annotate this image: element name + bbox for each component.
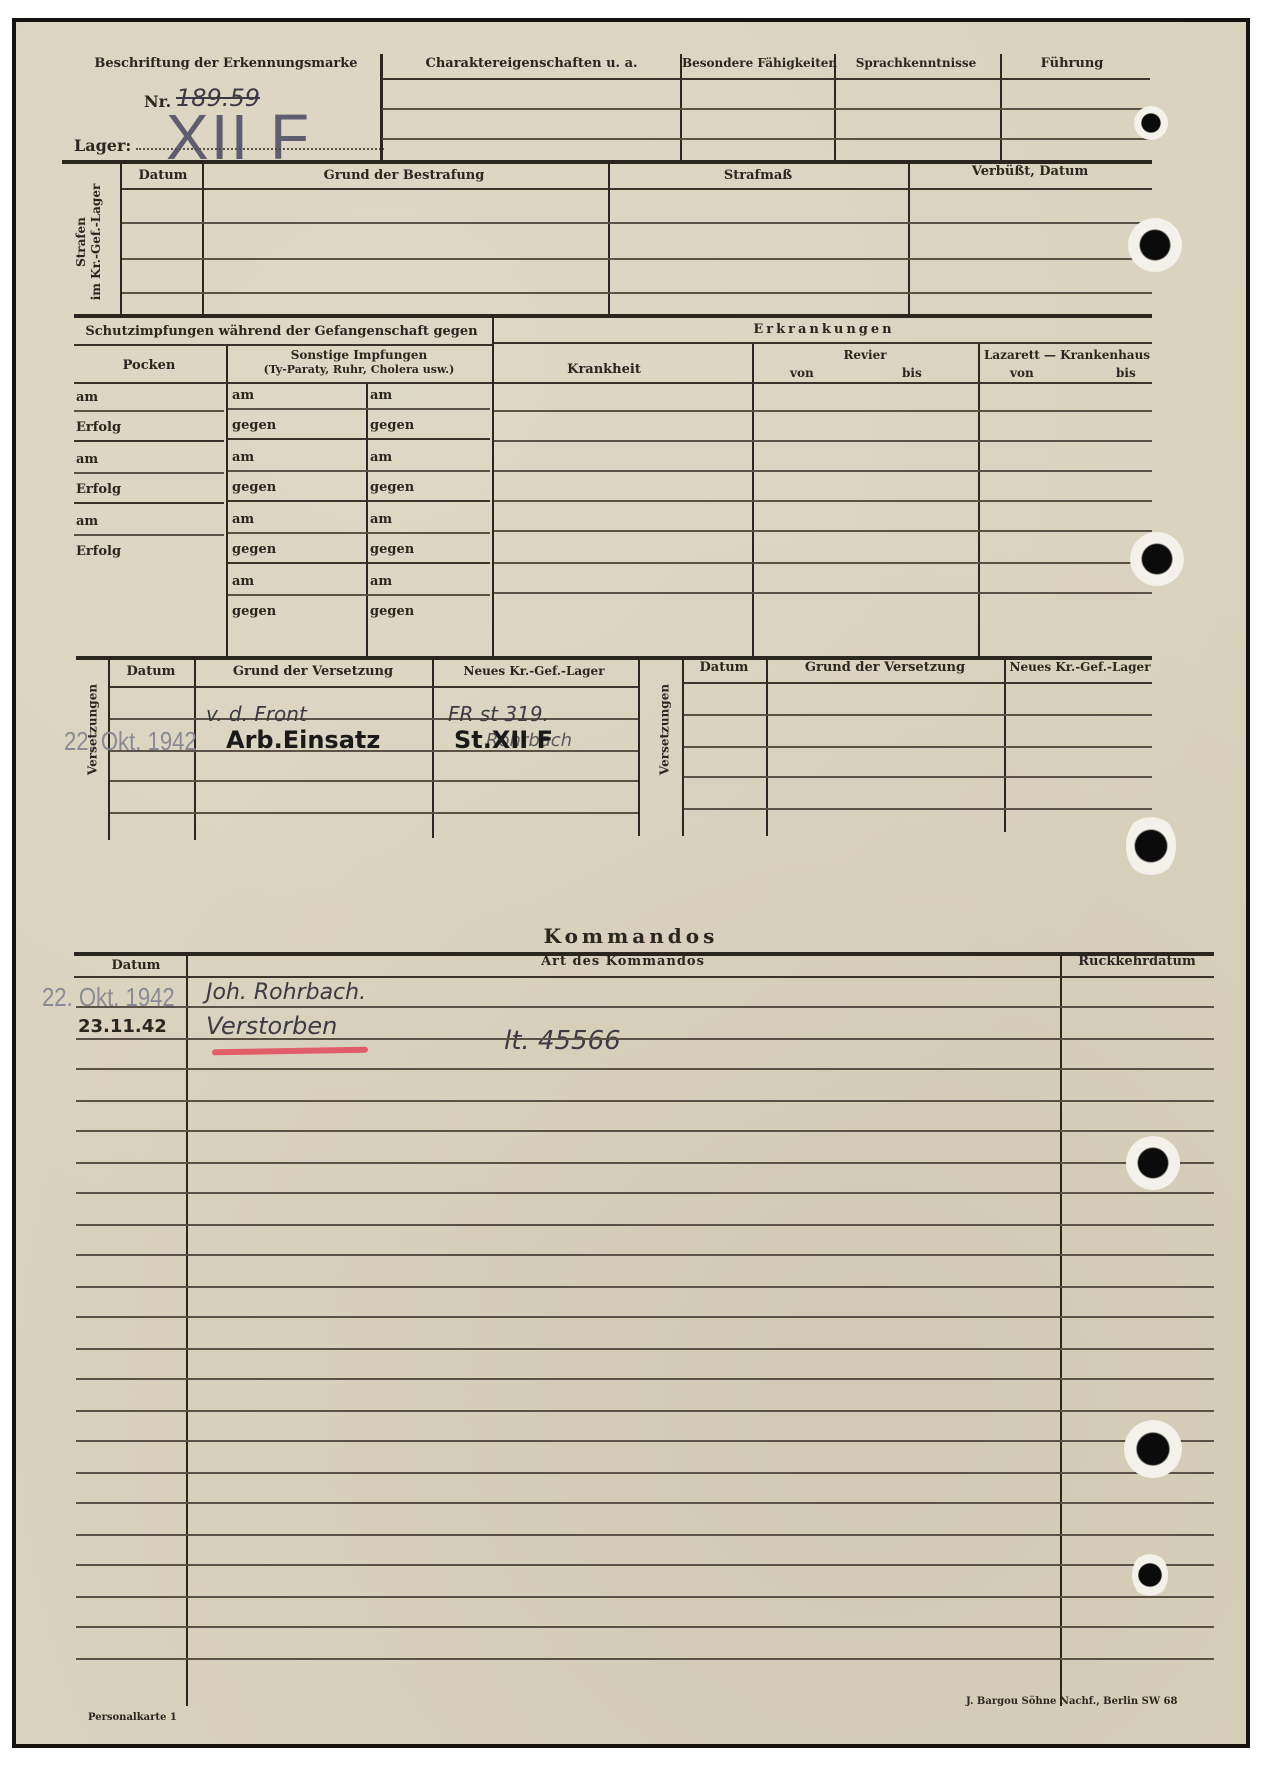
strafen-side-label: Strafenim Kr.-Gef.-Lager [74, 177, 104, 307]
sonstige-row-label: am [370, 574, 392, 589]
col-art-kommandos: Art des Kommandos [188, 954, 1058, 969]
form-name: Personalkarte 1 [88, 1712, 177, 1723]
lager-label: Lager: [74, 136, 131, 155]
divider [638, 660, 640, 836]
divider [766, 660, 768, 836]
rule [76, 1534, 1214, 1536]
rule [76, 1348, 1214, 1350]
versetzung-datum-stamp: 22. Okt. 1942 [64, 726, 197, 757]
impfungen-title: Schutzimpfungen während der Gefangenscha… [74, 324, 489, 339]
col-sprachkenntnisse: Sprachkenntnisse [836, 56, 996, 70]
erkrankungen-title: Erkrankungen [494, 322, 1154, 337]
sonstige-row-label: am [232, 574, 254, 589]
rule [382, 78, 1150, 80]
rule [122, 188, 1152, 190]
col-revier: Revier [754, 348, 976, 362]
versetzung-grund-handwritten: v. d. Front [206, 702, 307, 726]
sonstige-row-label: am [232, 512, 254, 527]
rule [76, 1626, 1214, 1628]
rule [76, 1440, 1214, 1442]
col-grund-versetzung: Grund der Versetzung [768, 660, 1002, 675]
rule [74, 534, 224, 536]
sonstige-row-label: am [370, 512, 392, 527]
col-neues-lager: Neues Kr.-Gef.-Lager [1006, 660, 1154, 674]
rule [76, 1162, 1214, 1164]
col-pocken: Pocken [74, 358, 224, 373]
rule [228, 532, 490, 534]
punch-hole [1128, 218, 1182, 272]
rule [76, 1254, 1214, 1256]
pocken-row-label: Erfolg [76, 420, 121, 435]
col-sonstige-sub: (Ty-Paraty, Ruhr, Cholera usw.) [228, 363, 490, 376]
col-datum: Datum [76, 958, 196, 973]
sonstige-row-label: am [370, 450, 392, 465]
rule [74, 976, 1214, 978]
versetzungen-right-side-label: Versetzungen [658, 675, 673, 785]
rule [76, 1502, 1214, 1504]
rule [228, 470, 490, 472]
erkennungsmarke-title: Beschriftung der Erkennungsmarke [86, 56, 366, 71]
rule [228, 500, 490, 502]
rule [494, 500, 1152, 502]
col-fuehrung: Führung [1002, 56, 1142, 71]
punch-hole [1134, 106, 1168, 140]
col-sonstige: Sonstige Impfungen [228, 348, 490, 362]
rule [494, 382, 1152, 384]
versetzung-lager-handwritten: FR st 319. [448, 702, 549, 726]
rule [76, 1224, 1214, 1226]
rule [76, 1286, 1214, 1288]
lazarett-bis: bis [1116, 366, 1136, 380]
kommando-verstorben: Verstorben [206, 1012, 337, 1040]
rule [74, 502, 224, 504]
divider [366, 384, 368, 658]
rule [74, 472, 224, 474]
versetzung-lager-stamp: St.XII F [454, 726, 553, 754]
kommando-note: lt. 45566 [504, 1026, 621, 1056]
punch-hole [1126, 814, 1176, 878]
rule [76, 1472, 1214, 1474]
rule [494, 530, 1152, 532]
versetzung-grund-stamp: Arb.Einsatz [226, 726, 380, 754]
kommando-datum: 23.11.42 [78, 1016, 167, 1037]
sonstige-row-label: gegen [370, 418, 414, 433]
rule [76, 1068, 1214, 1070]
rule [122, 258, 1152, 260]
kommando-datum-stamp: 22. Okt. 1942 [42, 982, 175, 1013]
divider [226, 346, 228, 658]
rule [382, 138, 1150, 140]
rule [684, 808, 1152, 810]
col-charakter: Charaktereigenschaften u. a. [384, 56, 679, 71]
rule [76, 1100, 1214, 1102]
rule [684, 746, 1152, 748]
pocken-row-label: am [76, 390, 98, 405]
rule [494, 592, 1152, 594]
strafen-sub-label: im Kr.-Gef.-Lager [89, 184, 103, 301]
rule [494, 410, 1152, 412]
rule [494, 440, 1152, 442]
punch-hole [1124, 1420, 1182, 1478]
sonstige-row-label: am [232, 450, 254, 465]
rule [110, 718, 638, 720]
col-datum: Datum [684, 660, 764, 675]
col-lazarett: Lazarett — Krankenhaus [980, 348, 1154, 362]
rule [74, 314, 1152, 318]
pocken-row-label: Erfolg [76, 544, 121, 559]
rule [76, 1596, 1214, 1598]
col-grund-versetzung: Grund der Versetzung [196, 664, 430, 679]
col-faehigkeiten: Besondere Fähigkeiten [682, 56, 832, 70]
sonstige-row-label: gegen [370, 480, 414, 495]
rule [684, 682, 1152, 684]
sonstige-row-label: gegen [232, 604, 276, 619]
rule [74, 410, 224, 412]
rule [76, 1038, 1214, 1040]
rule [684, 714, 1152, 716]
rule [76, 1410, 1214, 1412]
rule [122, 222, 1152, 224]
rule [110, 686, 638, 688]
rule [684, 776, 1152, 778]
col-krankheit: Krankheit [494, 362, 714, 377]
rule [228, 408, 490, 410]
rule [76, 1658, 1214, 1660]
kommando-art: Joh. Rohrbach. [206, 980, 366, 1005]
sonstige-row-label: gegen [232, 542, 276, 557]
col-grund-bestrafung: Grund der Bestrafung [204, 168, 604, 183]
col-neues-lager: Neues Kr.-Gef.-Lager [434, 664, 634, 678]
col-rueckkehrdatum: Rückkehrdatum [1062, 954, 1212, 969]
rule [76, 1130, 1214, 1132]
rule [228, 438, 490, 440]
sonstige-row-label: gegen [370, 604, 414, 619]
col-verbuesst: Verbüßt, Datum [910, 164, 1150, 179]
revier-bis: bis [902, 366, 922, 380]
divider [682, 660, 684, 836]
rule [494, 342, 1152, 344]
pocken-row-label: am [76, 452, 98, 467]
rule [228, 562, 490, 564]
rule [110, 780, 638, 782]
sonstige-row-label: gegen [232, 418, 276, 433]
rule [494, 470, 1152, 472]
sonstige-row-label: am [232, 388, 254, 403]
rule [228, 594, 490, 596]
col-datum: Datum [110, 664, 192, 679]
sonstige-row-label: am [370, 388, 392, 403]
punch-hole [1126, 1136, 1180, 1190]
sonstige-row-label: gegen [370, 542, 414, 557]
col-datum: Datum [122, 168, 204, 183]
rule [382, 108, 1150, 110]
pocken-row-label: Erfolg [76, 482, 121, 497]
lazarett-von: von [1010, 366, 1034, 380]
rule [74, 344, 492, 346]
red-underline [212, 1047, 368, 1056]
pocken-row-label: am [76, 514, 98, 529]
revier-von: von [790, 366, 814, 380]
rule [74, 382, 492, 384]
printer-imprint: J. Bargou Söhne Nachf., Berlin SW 68 [966, 1696, 1177, 1707]
col-strafmass: Strafmaß [610, 168, 906, 183]
rule [76, 1564, 1214, 1566]
sonstige-row-label: gegen [232, 480, 276, 495]
rule [494, 562, 1152, 564]
strafen-label: Strafen [74, 217, 88, 267]
rule [122, 292, 1152, 294]
kommandos-title: Kommandos [516, 924, 746, 948]
rule [76, 1316, 1214, 1318]
personalkarte: Beschriftung der Erkennungsmarke Nr. 189… [12, 18, 1250, 1748]
rule [110, 812, 638, 814]
punch-hole [1130, 532, 1184, 586]
punch-hole [1132, 1552, 1168, 1598]
rule [76, 1192, 1214, 1194]
rule [76, 1006, 1214, 1008]
rule [74, 440, 224, 442]
rule [76, 1378, 1214, 1380]
